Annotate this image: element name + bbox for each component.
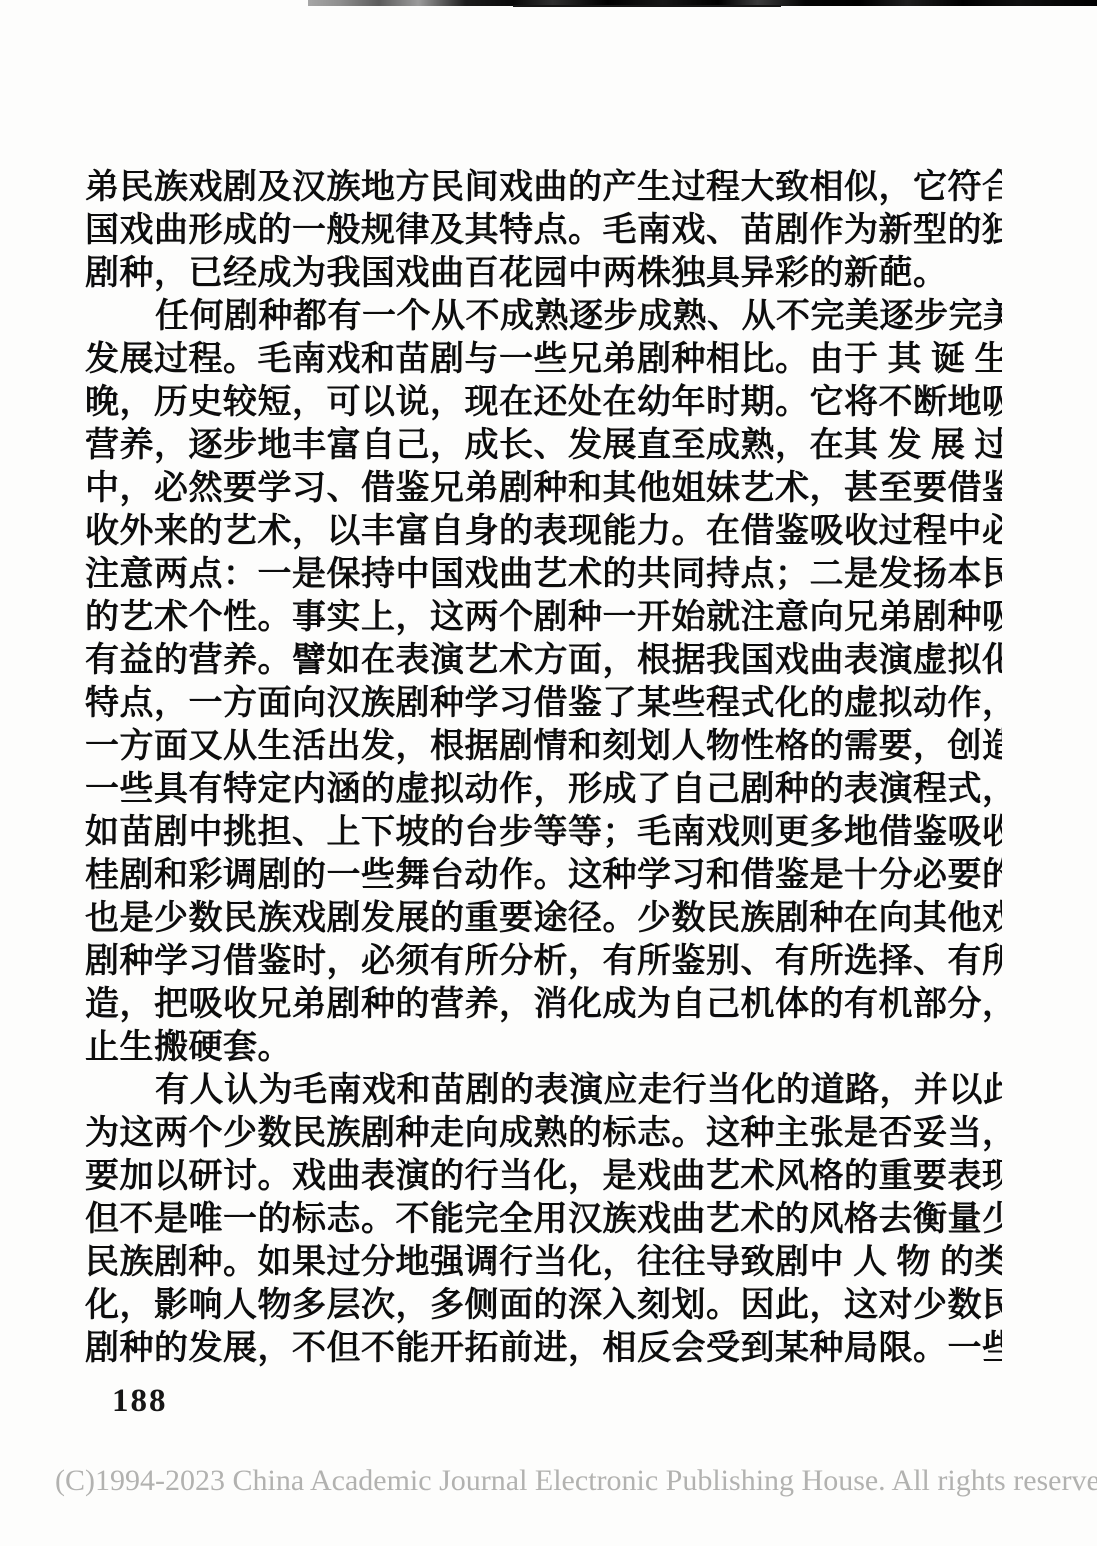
text-line: 一些具有特定内涵的虚拟动作，形成了自己剧种的表演程式，例 [85, 768, 1002, 811]
copyright-footer: (C)1994-2023 China Academic Journal Elec… [55, 1464, 1097, 1498]
text-line: 有益的营养。譬如在表演艺术方面，根据我国戏曲表演虚拟化的 [85, 639, 1002, 682]
text-line: 剧种学习借鉴时，必须有所分析，有所鉴别、有所选择、有所创 [85, 940, 1002, 983]
text-line: 如苗剧中挑担、上下坡的台步等等；毛南戏则更多地借鉴吸收了 [85, 811, 1002, 854]
text-line: 特点，一方面向汉族剧种学习借鉴了某些程式化的虚拟动作，另 [85, 682, 1002, 725]
text-line: 注意两点：一是保持中国戏曲艺术的共同持点；二是发扬本民族 [85, 553, 1002, 596]
scan-artifact-band [308, 0, 1097, 6]
text-line: 为这两个少数民族剧种走向成熟的标志。这种主张是否妥当，需 [85, 1112, 1002, 1155]
text-line: 民族剧种。如果过分地强调行当化，往往导致剧中 人 物 的类型 [85, 1241, 1002, 1284]
text-line: 止生搬硬套。 [85, 1026, 1002, 1069]
text-line: 国戏曲形成的一般规律及其特点。毛南戏、苗剧作为新型的独立 [85, 209, 1002, 252]
text-line: 任何剧种都有一个从不成熟逐步成熟、从不完美逐步完美的 [85, 295, 1002, 338]
text-line: 弟民族戏剧及汉族地方民间戏曲的产生过程大致相似，它符合我 [85, 166, 1002, 209]
text-line: 有人认为毛南戏和苗剧的表演应走行当化的道路，并以此作 [85, 1069, 1002, 1112]
text-line: 要加以研讨。戏曲表演的行当化，是戏曲艺术风格的重要表现， [85, 1155, 1002, 1198]
text-line: 中，必然要学习、借鉴兄弟剧种和其他姐妹艺术，甚至要借鉴吸 [85, 467, 1002, 510]
text-line: 也是少数民族戏剧发展的重要途径。少数民族剧种在向其他戏曲 [85, 897, 1002, 940]
body-text: 弟民族戏剧及汉族地方民间戏曲的产生过程大致相似，它符合我国戏曲形成的一般规律及其… [85, 166, 1002, 1370]
text-line: 一方面又从生活出发，根据剧情和刻划人物性格的需要，创造了 [85, 725, 1002, 768]
text-line: 营养，逐步地丰富自己，成长、发展直至成熟，在其 发 展 过程 [85, 424, 1002, 467]
text-line: 收外来的艺术，以丰富自身的表现能力。在借鉴吸收过程中必须 [85, 510, 1002, 553]
text-line: 化，影响人物多层次，多侧面的深入刻划。因此，这对少数民族 [85, 1284, 1002, 1327]
text-line: 但不是唯一的标志。不能完全用汉族戏曲艺术的风格去衡量少数 [85, 1198, 1002, 1241]
text-line: 造，把吸收兄弟剧种的营养，消化成为自己机体的有机部分，防 [85, 983, 1002, 1026]
text-line: 剧种，已经成为我国戏曲百花园中两株独具异彩的新葩。 [85, 252, 1002, 295]
text-line: 晚，历史较短，可以说，现在还处在幼年时期。它将不断地吸收 [85, 381, 1002, 424]
page-number: 188 [112, 1383, 168, 1420]
text-line: 的艺术个性。事实上，这两个剧种一开始就注意向兄弟剧种吸收 [85, 596, 1002, 639]
text-line: 桂剧和彩调剧的一些舞台动作。这种学习和借鉴是十分必要的， [85, 854, 1002, 897]
text-line: 发展过程。毛南戏和苗剧与一些兄弟剧种相比。由于 其 诞 生较 [85, 338, 1002, 381]
text-line: 剧种的发展，不但不能开拓前进，相反会受到某种局限。一些比 [85, 1327, 1002, 1370]
